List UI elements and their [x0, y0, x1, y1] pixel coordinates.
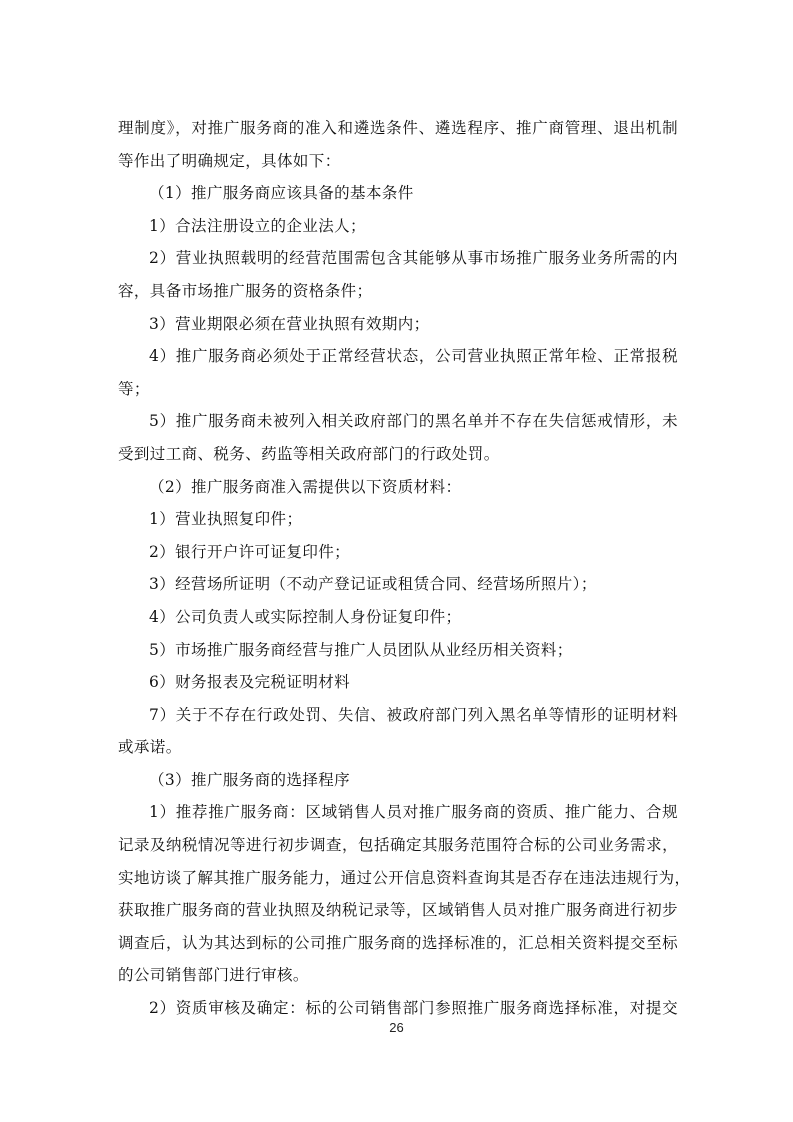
text-line: （2）推广服务商准入需提供以下资质材料：: [118, 471, 678, 504]
text-line: 6）财务报表及完税证明材料: [118, 666, 678, 699]
text-line: 7）关于不存在行政处罚、失信、被政府部门列入黑名单等情形的证明材料: [118, 699, 678, 732]
text-line: 5）市场推广服务商经营与推广人员团队从业经历相关资料；: [118, 634, 678, 667]
text-line: 理制度》，对推广服务商的准入和遴选条件、遴选程序、推广商管理、退出机制: [118, 112, 678, 145]
text-line: 实地访谈了解其推广服务能力，通过公开信息资料查询其是否存在违法违规行为，: [118, 862, 678, 895]
text-line: 3）营业期限必须在营业执照有效期内；: [118, 308, 678, 341]
text-line: 等作出了明确规定，具体如下：: [118, 145, 678, 178]
text-line: （3）推广服务商的选择程序: [118, 764, 678, 797]
text-line: 记录及纳税情况等进行初步调查，包括确定其服务范围符合标的公司业务需求，: [118, 829, 678, 862]
page-number: 26: [0, 1020, 793, 1035]
body-text: 理制度》，对推广服务商的准入和遴选条件、遴选程序、推广商管理、退出机制等作出了明…: [118, 112, 678, 1025]
text-line: 5）推广服务商未被列入相关政府部门的黑名单并不存在失信惩戒情形，未: [118, 405, 678, 438]
text-line: 2）银行开户许可证复印件；: [118, 536, 678, 569]
text-line: 或承诺。: [118, 731, 678, 764]
text-line: 3）经营场所证明（不动产登记证或租赁合同、经营场所照片）；: [118, 568, 678, 601]
text-line: 等；: [118, 373, 678, 406]
text-line: 4）公司负责人或实际控制人身份证复印件；: [118, 601, 678, 634]
text-line: 的公司销售部门进行审核。: [118, 959, 678, 992]
text-line: 容，具备市场推广服务的资格条件；: [118, 275, 678, 308]
text-line: 受到过工商、税务、药监等相关政府部门的行政处罚。: [118, 438, 678, 471]
text-line: 2）营业执照载明的经营范围需包含其能够从事市场推广服务业务所需的内: [118, 242, 678, 275]
text-line: 1）推荐推广服务商：区域销售人员对推广服务商的资质、推广能力、合规: [118, 796, 678, 829]
document-page: 理制度》，对推广服务商的准入和遴选条件、遴选程序、推广商管理、退出机制等作出了明…: [0, 0, 793, 1122]
text-line: 调查后，认为其达到标的公司推广服务商的选择标准的，汇总相关资料提交至标: [118, 927, 678, 960]
text-line: 1）营业执照复印件；: [118, 503, 678, 536]
text-line: （1）推广服务商应该具备的基本条件: [118, 177, 678, 210]
text-line: 1）合法注册设立的企业法人；: [118, 210, 678, 243]
text-line: 4）推广服务商必须处于正常经营状态，公司营业执照正常年检、正常报税: [118, 340, 678, 373]
text-line: 获取推广服务商的营业执照及纳税记录等，区域销售人员对推广服务商进行初步: [118, 894, 678, 927]
